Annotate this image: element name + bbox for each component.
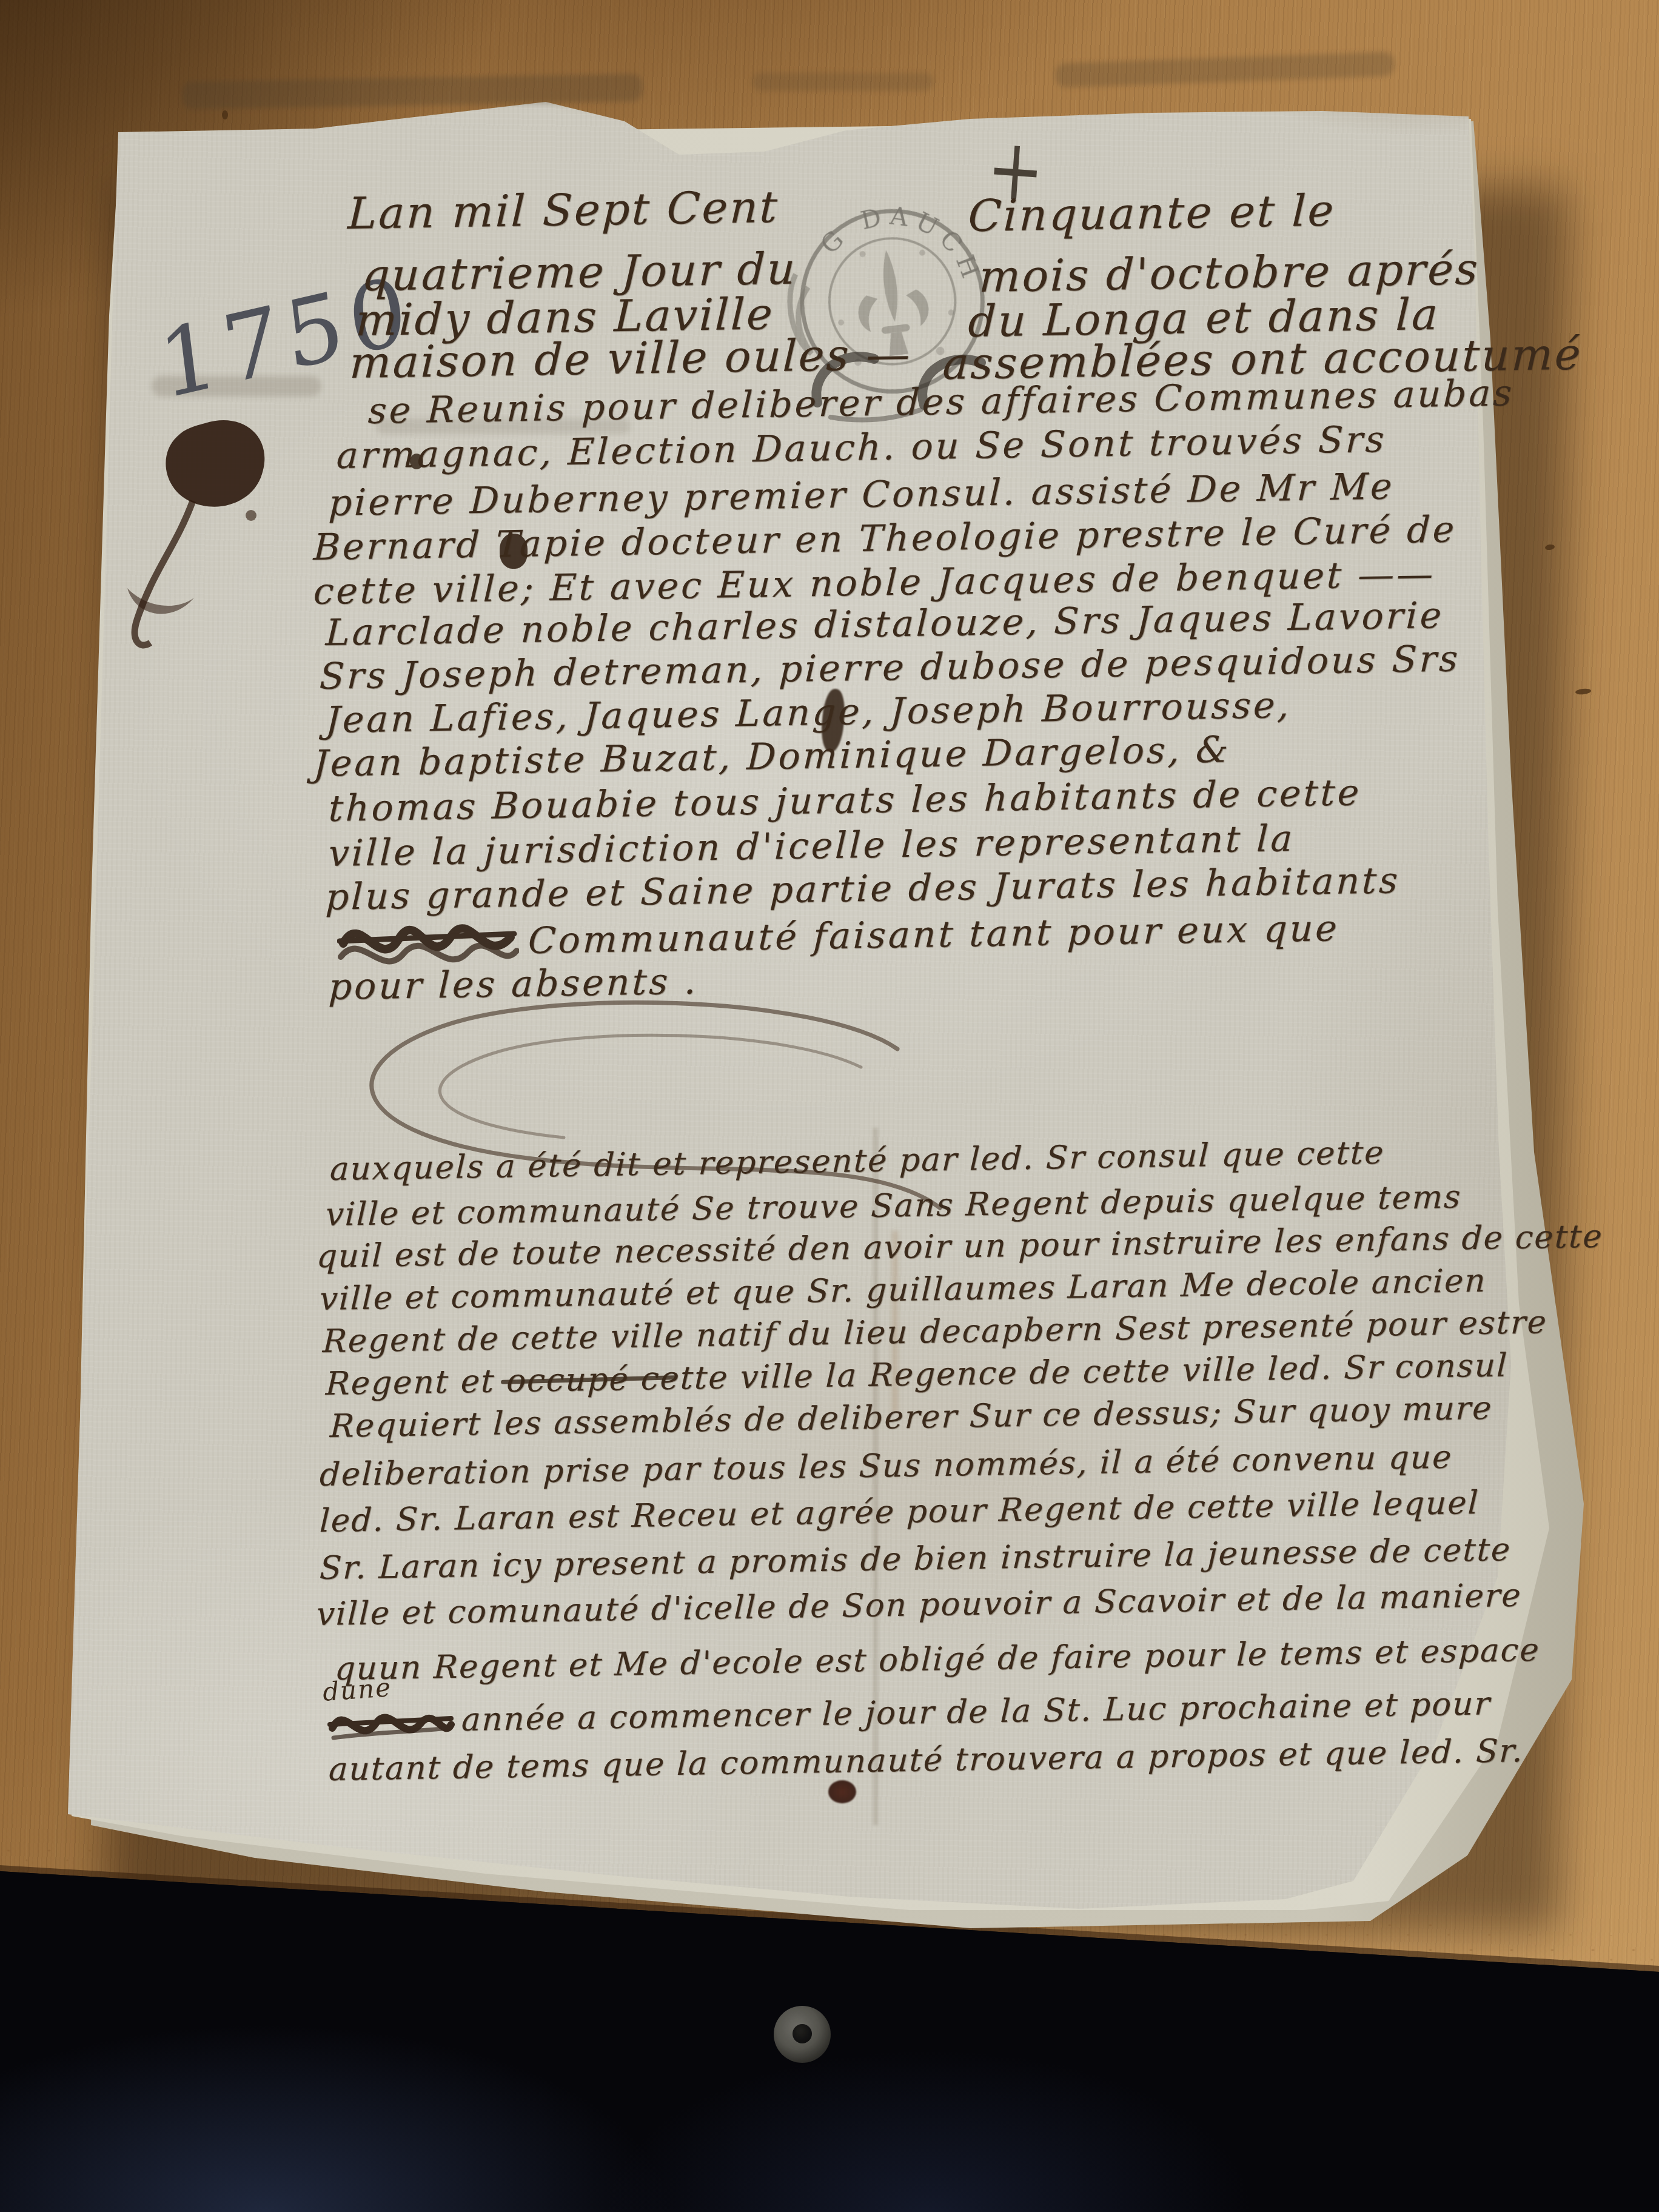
manuscript-line: pour les absents . — [328, 963, 699, 1005]
manuscript-line: Cinquante et le — [967, 188, 1336, 238]
manuscript-line: deliberation prise par tous les Sus nomm… — [319, 1441, 1453, 1491]
manuscript-line: année a commencer le jour de la St. Luc … — [461, 1687, 1492, 1736]
manuscript-line: Communauté faisant tant pour eux que — [528, 910, 1340, 959]
manuscript-line: Lan mil Sept Cent — [347, 185, 780, 235]
manuscript-text: Lan mil Sept Centquatrieme Jour dumidy d… — [0, 0, 1659, 2212]
manuscript-line: led. Sr. Laran est Receu et agrée pour R… — [319, 1487, 1480, 1537]
manuscript-line: auxquels a été dit et representé par led… — [329, 1137, 1385, 1185]
photo-scene: G DAUCH — [0, 0, 1659, 2212]
manuscript-line: maison de ville oules — — [349, 332, 912, 384]
manuscript-line: quun Regent et Me d'ecole est obligé de … — [334, 1634, 1541, 1685]
manuscript-line: ville et comunauté d'icelle de Son pouvo… — [316, 1580, 1523, 1631]
manuscript-line: autant de tems que la communauté trouver… — [328, 1735, 1524, 1786]
manuscript-line: Sr. Laran icy present a promis de bien i… — [319, 1533, 1512, 1584]
